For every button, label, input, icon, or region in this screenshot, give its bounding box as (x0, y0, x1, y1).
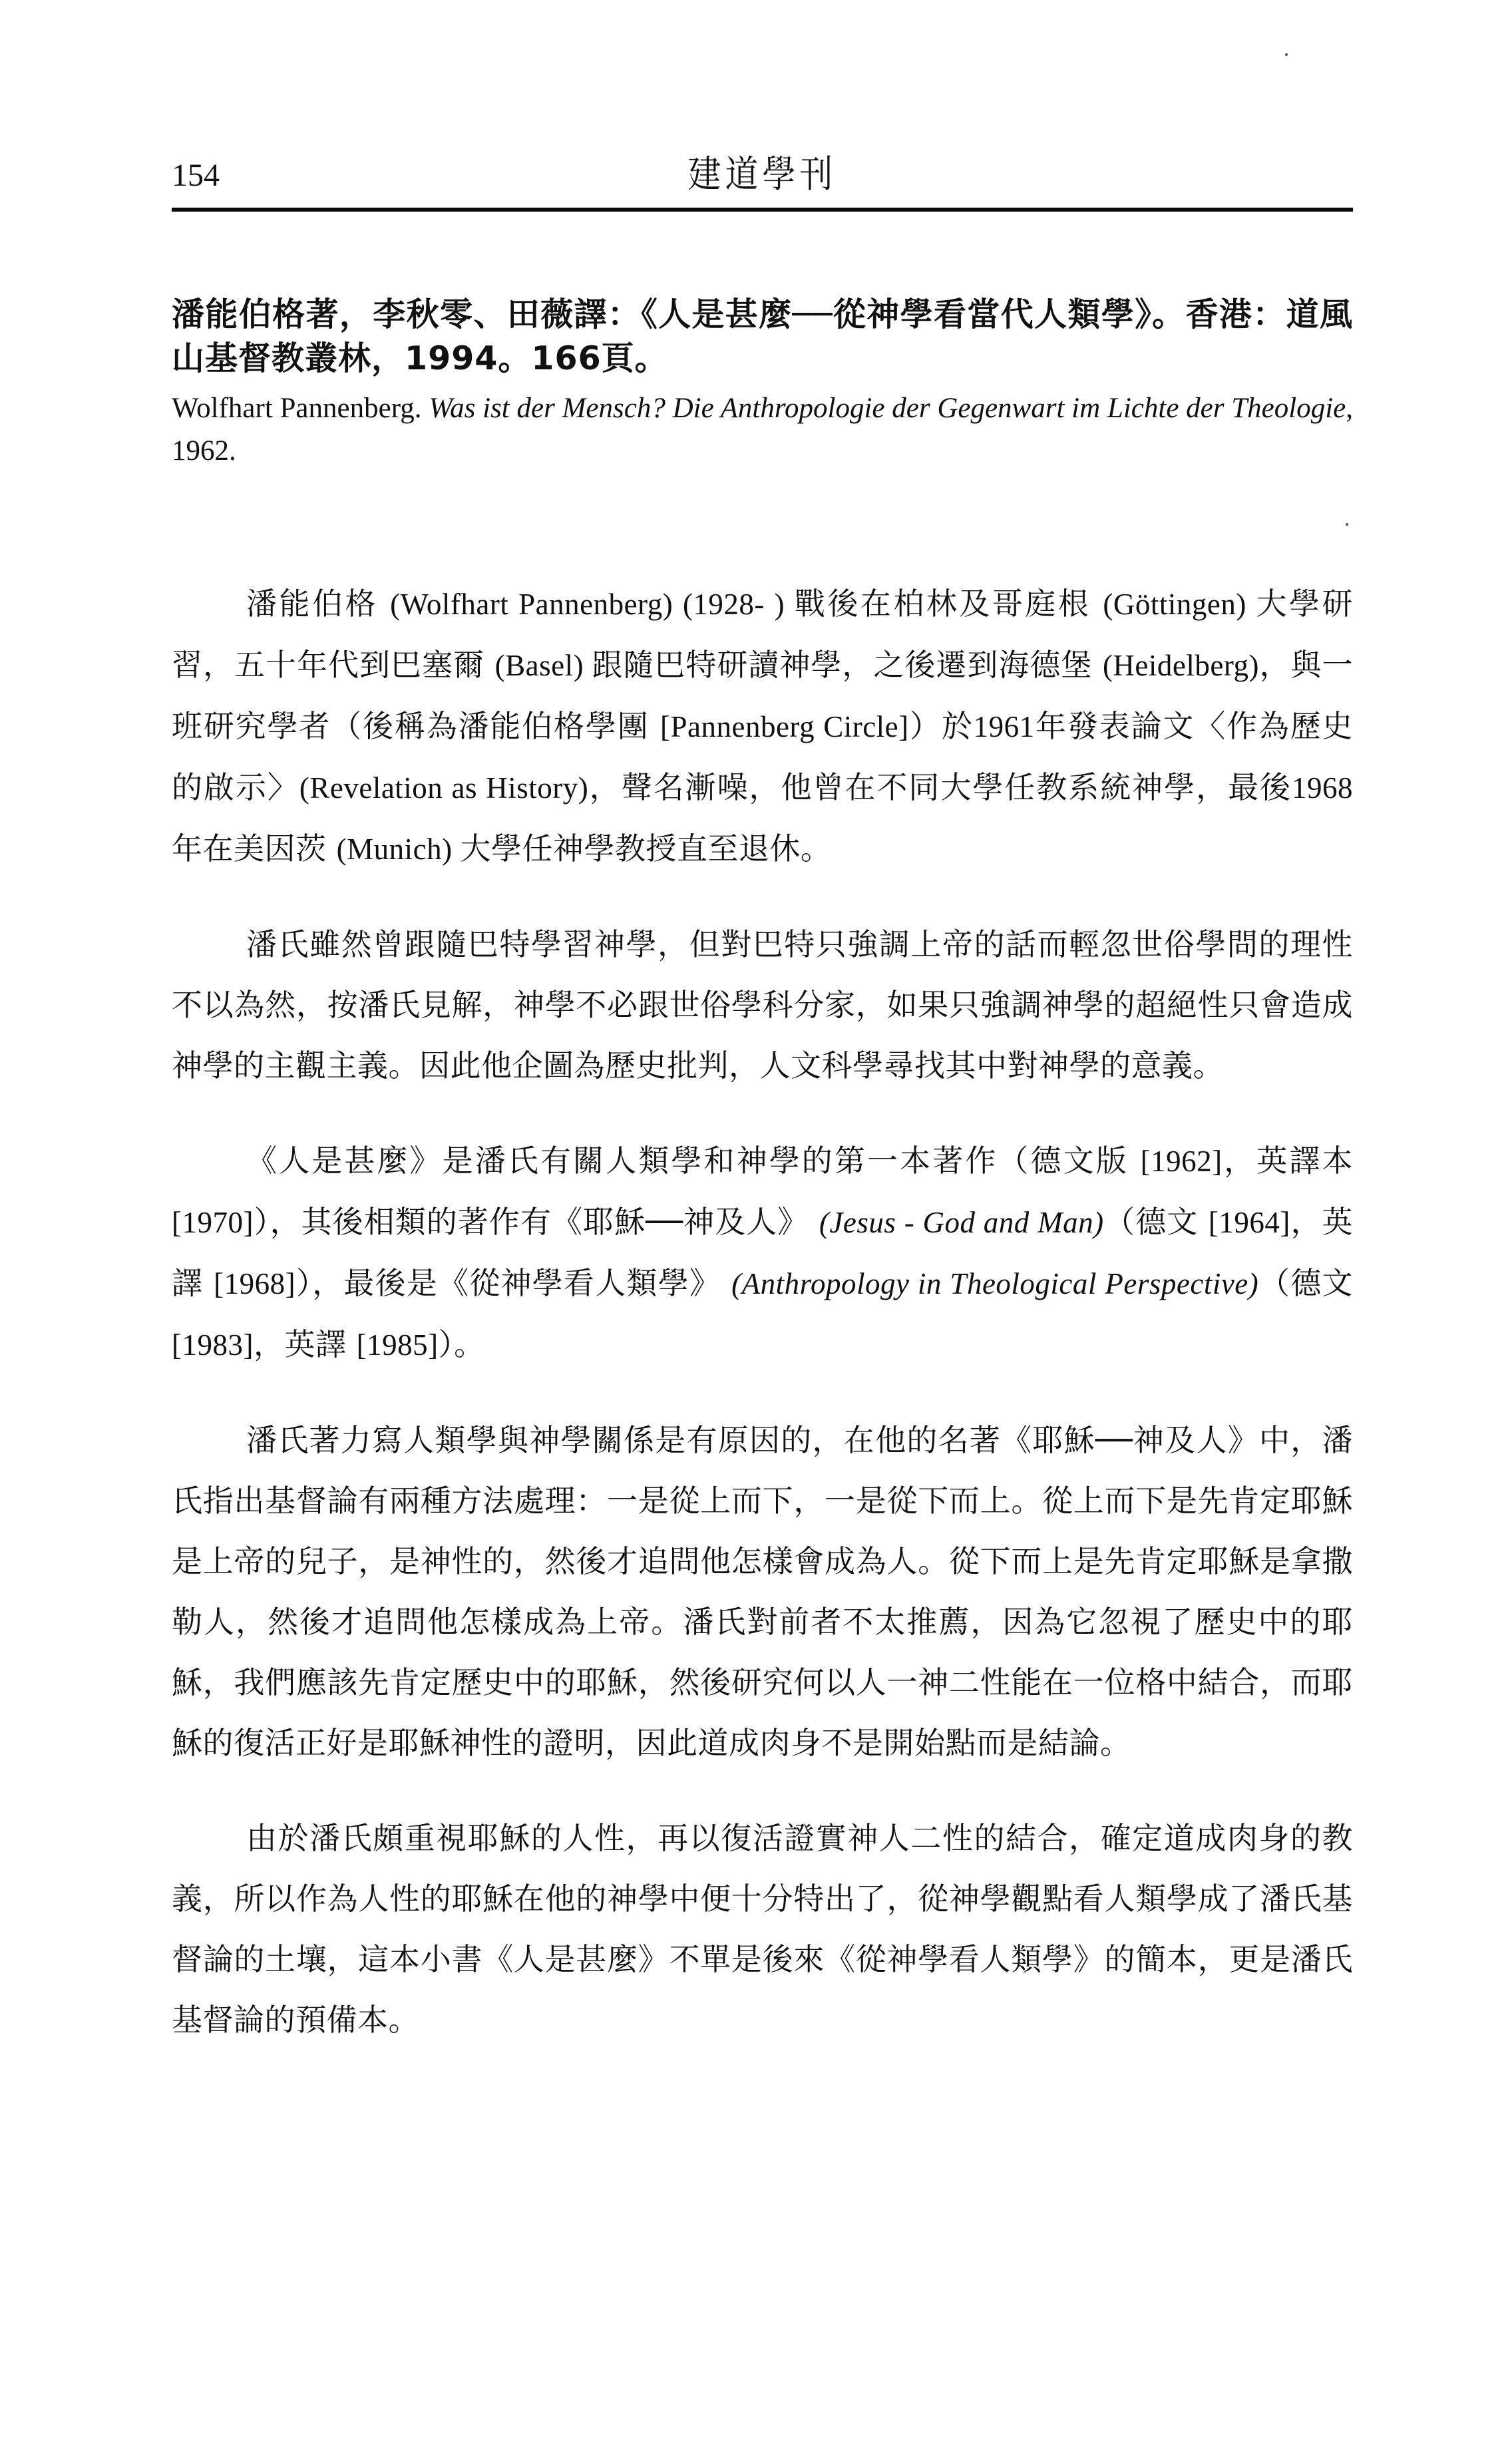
chinese-text: ），其後相類的著作有《耶穌──神及人》 (254, 1204, 819, 1240)
paragraph: 由於潘氏頗重視耶穌的人性，再以復活證實神人二性的結合，確定道成肉身的教義，所以作… (172, 1808, 1353, 2050)
chinese-text: ），最後是《從神學看人類學》 (295, 1265, 731, 1301)
paragraph: 《人是甚麼》是潘氏有關人類學和神學的第一本著作（德文版 [1962]，英譯本 [… (172, 1131, 1353, 1376)
scan-speck (1346, 523, 1348, 526)
chinese-text: 潘能伯格 (246, 586, 390, 622)
latin-text: [1970] (172, 1206, 254, 1239)
italic-title-text: (Anthropology in Theological Perspective… (731, 1267, 1258, 1300)
latin-text: [Pannenberg Circle] (660, 710, 909, 743)
latin-text: (Göttingen) (1103, 588, 1256, 621)
latin-text: (Basel) (495, 649, 592, 682)
latin-text: [1983] (172, 1328, 254, 1362)
latin-text: (Munich) (337, 833, 461, 866)
citation-author: Wolfhart Pannenberg. (172, 393, 429, 424)
chinese-text: 潘氏著力寫人類學與神學關係是有原因的，在他的名著《耶穌──神及人》中，潘氏指出基… (172, 1422, 1353, 1761)
paragraph: 潘氏雖然曾跟隨巴特學習神學，但對巴特只強調上帝的話而輕忽世俗學問的理性不以為然，… (172, 914, 1353, 1096)
latin-text: 1968 (1292, 771, 1353, 805)
citation-original: Wolfhart Pannenberg. Was ist der Mensch?… (172, 387, 1353, 472)
citation-title: Was ist der Mensch? Die Anthropologie de… (429, 393, 1346, 424)
chinese-text: （德文 (1258, 1265, 1353, 1301)
chinese-text: 由於潘氏頗重視耶穌的人性，再以復活證實神人二性的結合，確定道成肉身的教義，所以作… (172, 1820, 1353, 2038)
latin-text: (Heidelberg) (1103, 649, 1259, 682)
latin-text: [1964] (1209, 1206, 1290, 1239)
chinese-text: 大學任神學教授直至退休。 (460, 831, 831, 866)
latin-text: 1961 (974, 710, 1035, 743)
paragraph: 潘能伯格 (Wolfhart Pannenberg) (1928- ) 戰後在柏… (172, 574, 1353, 880)
chinese-text: 戰後在柏林及哥庭根 (795, 586, 1103, 622)
chinese-text: 跟隨巴特研讀神學，之後遷到海德堡 (592, 647, 1103, 683)
latin-text: (Wolfhart Pannenberg) (1928- ) (390, 588, 795, 621)
chinese-text: ，英譯 (254, 1326, 357, 1362)
chinese-text: ）。 (439, 1326, 485, 1362)
chinese-text: （德文 (1104, 1204, 1209, 1240)
journal-title: 建道學刊 (172, 152, 1353, 196)
chinese-text: ，聲名漸噪，他曾在不同大學任教系統神學，最後 (588, 769, 1292, 805)
latin-text: [1962] (1141, 1145, 1223, 1178)
chinese-text: 年在美因茨 (172, 831, 337, 866)
review-body: 潘能伯格 (Wolfhart Pannenberg) (1928- ) 戰後在柏… (172, 574, 1353, 2050)
running-head: 154 建道學刊 (172, 152, 1353, 198)
chinese-text: ）於 (909, 708, 974, 744)
latin-text: [1968] (214, 1267, 295, 1300)
book-review-citation: 潘能伯格著，李秋零、田薇譯：《人是甚麼──從神學看當代人類學》。香港：道風山基督… (172, 293, 1353, 472)
latin-text: [1985] (357, 1328, 439, 1362)
citation-chinese: 潘能伯格著，李秋零、田薇譯：《人是甚麼──從神學看當代人類學》。香港：道風山基督… (172, 293, 1353, 381)
chinese-text: ，英譯本 (1223, 1143, 1353, 1179)
chinese-text: 潘氏雖然曾跟隨巴特學習神學，但對巴特只強調上帝的話而輕忽世俗學問的理性不以為然，… (172, 926, 1353, 1083)
italic-title-text: (Jesus - God and Man) (819, 1206, 1104, 1239)
header-rule-divider (172, 208, 1353, 212)
paragraph: 潘氏著力寫人類學與神學關係是有原因的，在他的名著《耶穌──神及人》中，潘氏指出基… (172, 1410, 1353, 1774)
chinese-text: 《人是甚麼》是潘氏有關人類學和神學的第一本著作（德文版 (246, 1143, 1141, 1179)
scan-speck (1285, 53, 1288, 56)
latin-text: (Revelation as History) (299, 771, 588, 805)
